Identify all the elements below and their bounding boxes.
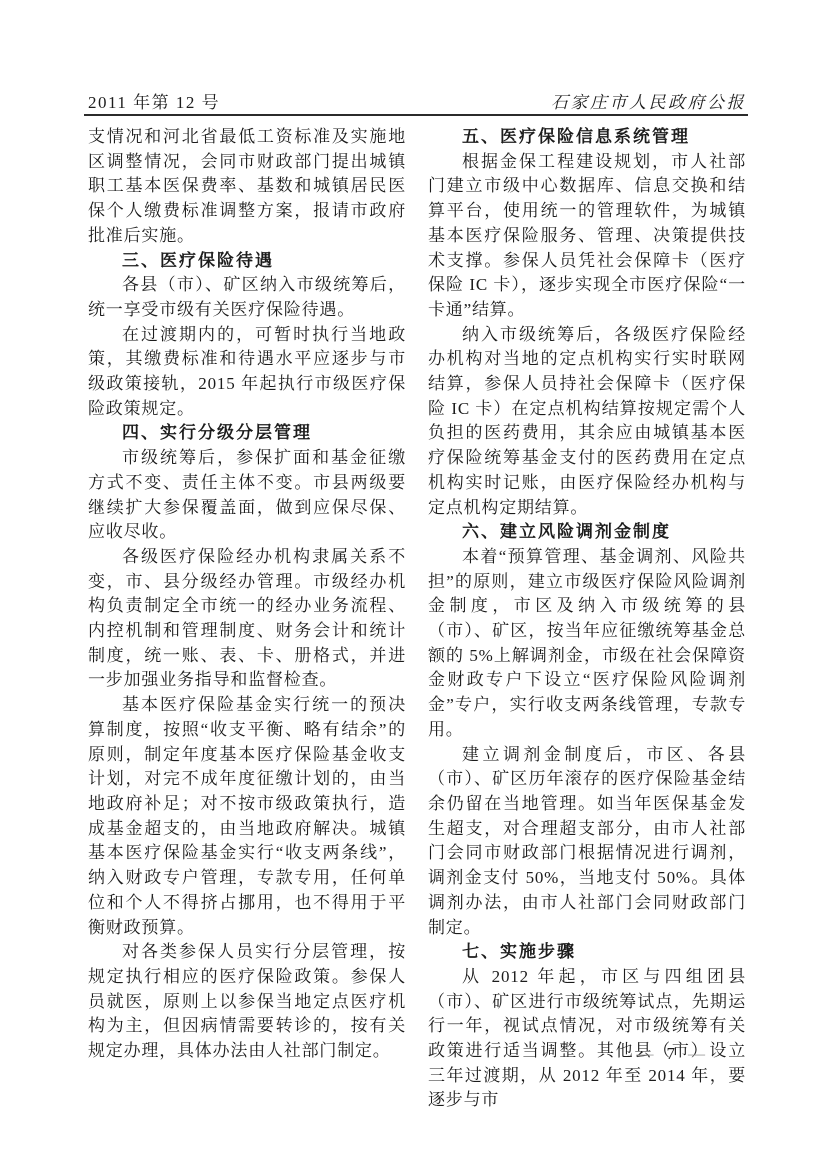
paragraph: 从 2012 年起，市区与四组团县（市）、矿区进行市级统筹试点，先期运行一年，视… xyxy=(428,965,746,1113)
right-column: 五、医疗保险信息系统管理根据金保工程建设规划，市人社部门建立市级中心数据库、信息… xyxy=(428,125,746,1113)
paragraph: 本着“预算管理、基金调剂、风险共担”的原则，建立市级医疗保险风险调剂金制度，市区… xyxy=(428,545,746,743)
page-header: 2011 年第 12 号 石家庄市人民政府公报 xyxy=(88,88,746,113)
paragraph: 市级统筹后，参保扩面和基金征缴方式不变、责任主体不变。市县两级要继续扩大参保覆盖… xyxy=(88,446,406,545)
left-column: 支情况和河北省最低工资标准及实施地区调整情况，会同市财政部门提出城镇职工基本医保… xyxy=(88,125,406,1113)
paragraph: 根据金保工程建设规划，市人社部门建立市级中心数据库、信息交换和结算平台，使用统一… xyxy=(428,150,746,323)
paragraph: 建立调剂金制度后，市区、各县（市）、矿区历年滚存的医疗保险基金结余仍留在当地管理… xyxy=(428,743,746,941)
paragraph: 各县（市）、矿区纳入市级统筹后，统一享受市级有关医疗保险待遇。 xyxy=(88,273,406,322)
section-heading: 七、实施步骤 xyxy=(428,940,746,965)
issue-number: 2011 年第 12 号 xyxy=(88,88,220,113)
paragraph: 纳入市级统筹后，各级医疗保险经办机构对当地的定点机构实行实时联网结算，参保人员持… xyxy=(428,323,746,521)
paragraph: 各级医疗保险经办机构隶属关系不变，市、县分级经办管理。市级经办机构负责制定全市统… xyxy=(88,545,406,693)
section-heading: 四、实行分级分层管理 xyxy=(88,421,406,446)
page-number-right-dash: — xyxy=(679,1044,714,1063)
section-heading: 五、医疗保险信息系统管理 xyxy=(428,125,746,150)
page-number-value: 7 xyxy=(663,1044,680,1063)
text-columns: 支情况和河北省最低工资标准及实施地区调整情况，会同市财政部门提出城镇职工基本医保… xyxy=(88,125,746,1113)
paragraph: 基本医疗保险基金实行统一的预决算制度，按照“收支平衡、略有结余”的原则，制定年度… xyxy=(88,693,406,940)
gazette-page: 2011 年第 12 号 石家庄市人民政府公报 支情况和河北省最低工资标准及实施… xyxy=(0,0,826,1169)
section-heading: 三、医疗保险待遇 xyxy=(88,249,406,274)
publication-title: 石家庄市人民政府公报 xyxy=(551,88,746,113)
page-number-left-dash: — xyxy=(628,1044,663,1063)
section-heading: 六、建立风险调剂金制度 xyxy=(428,520,746,545)
paragraph: 支情况和河北省最低工资标准及实施地区调整情况，会同市财政部门提出城镇职工基本医保… xyxy=(88,125,406,249)
page-number: —7— xyxy=(628,1044,715,1064)
header-rule xyxy=(84,114,748,116)
paragraph: 在过渡期内的，可暂时执行当地政策，其缴费标准和待遇水平应逐步与市级政策接轨，20… xyxy=(88,323,406,422)
paragraph: 对各类参保人员实行分层管理，按规定执行相应的医疗保险政策。参保人员就医，原则上以… xyxy=(88,940,406,1064)
